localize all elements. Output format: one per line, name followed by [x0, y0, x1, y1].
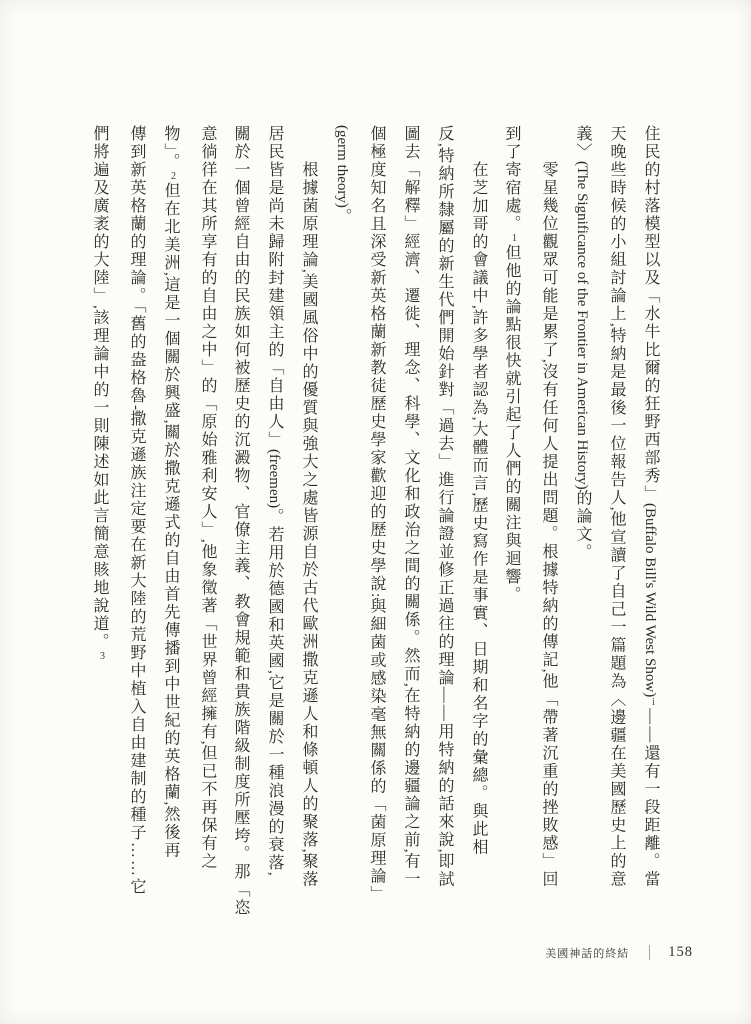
latin-run: ,	[300, 849, 316, 853]
latin-run: -	[128, 405, 144, 410]
latin-run: ,	[436, 849, 452, 853]
latin-run: ,	[470, 305, 486, 309]
text-column: 物」。2但在北美洲,這是一個關於興盛,關於撒克遜式的自由首先傳播到中世紀的英格蘭…	[153, 125, 190, 925]
running-title: 美國神話的終結	[545, 945, 629, 961]
text-column: (germ theory)。	[325, 125, 359, 925]
text-column: 零星幾位觀眾可能是累了,沒有任何人提出問題。根據特納的傳記,他「帶著沉重的挫敗感…	[531, 125, 565, 925]
latin-run: ,	[540, 359, 556, 363]
footer-divider	[649, 945, 650, 960]
text-column: 意徜徉在其所享有的自由之中」的「原始雅利安人」,他象徵著「世界曾經擁有,但已不再…	[190, 125, 224, 925]
text-column: 根據菌原理論,美國風俗中的優質與強大之處皆源自於古代歐洲撒克遜人和條頓人的聚落,…	[291, 125, 325, 925]
latin-run: ,	[199, 741, 215, 745]
latin-run: (Buffalo Bill's Wild West Show)	[642, 503, 658, 697]
latin-run: ,	[608, 323, 624, 327]
text-column: 反,特納所隸屬的新生代們開始針對「過去」進行論證並修正過往的理論——用特納的話來…	[427, 125, 461, 925]
latin-run: ,	[162, 802, 178, 806]
page-footer: 美國神話的終結 158	[545, 944, 693, 961]
latin-run: (freemen)	[266, 449, 282, 508]
note-marker: 2	[168, 171, 179, 182]
latin-run: ,	[470, 493, 486, 497]
body-text-block: 住民的村落模型以及「水牛比爾的狂野西部秀」(Buffalo Bill's Wil…	[82, 125, 670, 925]
text-column: 們將遍及廣袤的大陸」,該理論中的一則陳述如此言簡意賅地說道。3	[82, 125, 119, 925]
text-column: 居民皆是尚未歸附封建領主的「自由人」(freemen)。若用於德國和英國,它是關…	[257, 125, 291, 925]
latin-run: ,	[162, 272, 178, 276]
latin-run: ,	[402, 683, 418, 687]
note-marker: 1	[509, 233, 520, 244]
text-column: 天晚些時候的小組討論上,特納是最後一位報告人,他宣讀了自己一篇題為〈邊疆在美國歷…	[599, 125, 633, 925]
latin-run: :	[368, 593, 384, 597]
latin-run: ,	[436, 143, 452, 147]
text-column: 住民的村落模型以及「水牛比爾的狂野西部秀」(Buffalo Bill's Wil…	[633, 125, 670, 925]
note-marker: 3	[97, 651, 108, 662]
latin-run: ,	[300, 269, 316, 273]
text-column: 圖去「解釋」經濟、遷徙、理念、科學、文化和政治之間的關係。然而,在特納的邊疆論之…	[393, 125, 427, 925]
text-column: 個極度知名且深受新英格蘭新教徒歷史學家歡迎的歷史學說:與細菌或感染毫無關係的「菌…	[359, 125, 393, 925]
latin-run: ,	[608, 507, 624, 511]
text-column: 傳到新英格蘭的理論。「舊的盎格魯-撒克遜族注定要在新大陸的荒野中植入自由建制的種…	[119, 125, 153, 925]
latin-run: (germ theory)	[334, 125, 350, 208]
page-number: 158	[668, 944, 693, 961]
book-page: 住民的村落模型以及「水牛比爾的狂野西部秀」(Buffalo Bill's Wil…	[0, 0, 751, 1024]
text-column: 義〉(The Significance of the Frontier in A…	[565, 125, 599, 925]
text-column: 關於一個曾經自由的民族如何被歷史的沉澱物、官僚主義、教會規範和貴族階級制度所壓垮…	[224, 125, 257, 925]
latin-run: ,	[266, 670, 282, 674]
latin-run: ,	[540, 669, 556, 673]
latin-run: ,	[402, 849, 418, 853]
latin-run: ,	[266, 872, 282, 876]
text-column: 到了寄宿處。1但他的論點很快就引起了人們的關注與迴響。	[495, 125, 531, 925]
note-marker: i	[648, 697, 659, 708]
latin-run: ,	[199, 539, 215, 543]
latin-run: ,	[162, 420, 178, 424]
latin-run: ,	[91, 305, 107, 309]
latin-run: ,	[470, 417, 486, 421]
latin-run: (The Significance of the Frontier in Ame…	[574, 161, 590, 490]
text-column: 在芝加哥的會議中,許多學者認為,大體而言,歷史寫作是事實、日期和名字的彙總。與此…	[461, 125, 495, 925]
